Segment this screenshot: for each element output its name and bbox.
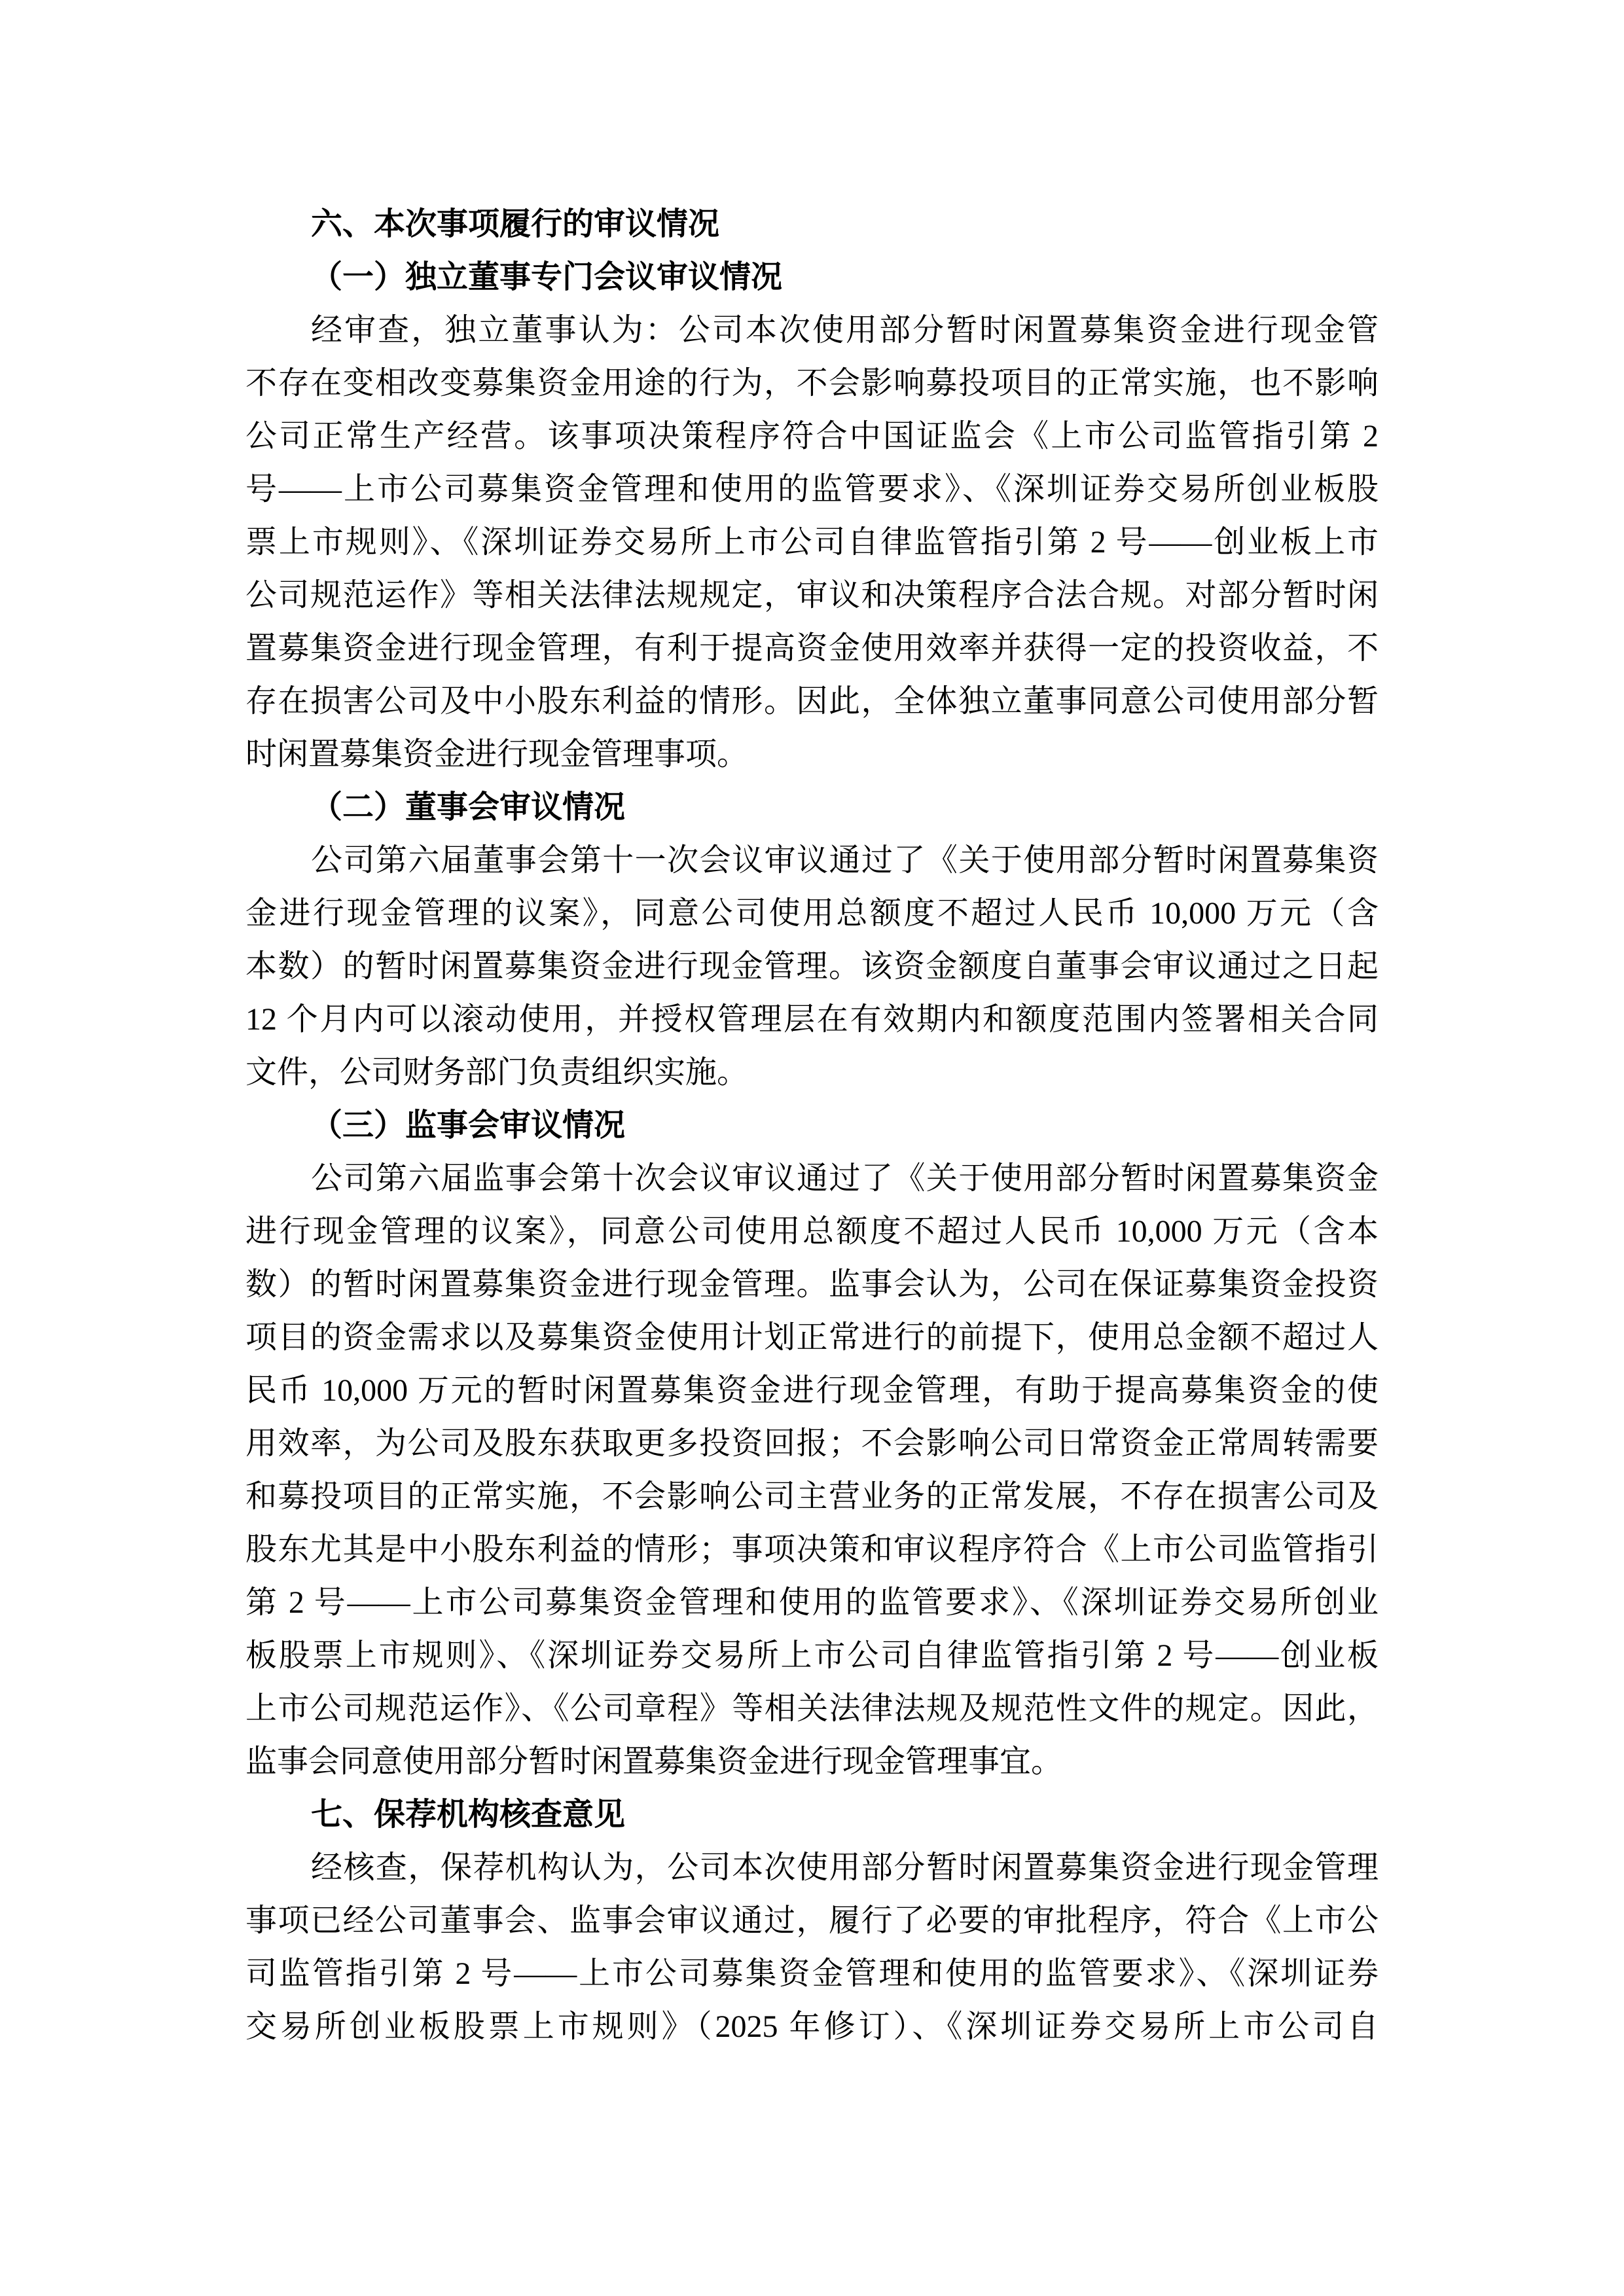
document-page: 六、本次事项履行的审议情况（一）独立董事专门会议审议情况经审查，独立董事认为：公…: [0, 0, 1624, 2296]
text-line: 文件，公司财务部门负责组织实施。: [245, 1046, 1379, 1099]
text-line: 和募投项目的正常实施，不会影响公司主营业务的正常发展，不存在损害公司及: [245, 1470, 1379, 1523]
text-line: 置募集资金进行现金管理，有利于提高资金使用效率并获得一定的投资收益，不: [245, 622, 1379, 675]
text-line: 民币 10,000 万元的暂时闲置募集资金进行现金管理，有助于提高募集资金的使: [245, 1364, 1379, 1417]
section-heading: （二）董事会审议情况: [245, 781, 1379, 834]
text-line: 进行现金管理的议案》，同意公司使用总额度不超过人民币 10,000 万元（含本: [245, 1205, 1379, 1258]
text-line: 监事会同意使用部分暂时闲置募集资金进行现金管理事宜。: [245, 1735, 1379, 1788]
text-line: 数）的暂时闲置募集资金进行现金管理。监事会认为，公司在保证募集资金投资: [245, 1258, 1379, 1311]
text-line: 票上市规则》、《深圳证券交易所上市公司自律监管指引第 2 号——创业板上市: [245, 516, 1379, 569]
text-line: 公司第六届董事会第十一次会议审议通过了《关于使用部分暂时闲置募集资: [245, 834, 1379, 887]
section-heading: （一）独立董事专门会议审议情况: [245, 251, 1379, 304]
text-line: 号——上市公司募集资金管理和使用的监管要求》、《深圳证券交易所创业板股: [245, 463, 1379, 516]
text-line: 事项已经公司董事会、监事会审议通过，履行了必要的审批程序，符合《上市公: [245, 1894, 1379, 1947]
text-line: 12 个月内可以滚动使用，并授权管理层在有效期内和额度范围内签署相关合同: [245, 993, 1379, 1046]
text-line: 上市公司规范运作》、《公司章程》等相关法律法规及规范性文件的规定。因此，: [245, 1682, 1379, 1735]
text-line: 公司正常生产经营。该事项决策程序符合中国证监会《上市公司监管指引第 2: [245, 410, 1379, 463]
text-line: 存在损害公司及中小股东利益的情形。因此，全体独立董事同意公司使用部分暂: [245, 675, 1379, 728]
text-line: 经审查，独立董事认为：公司本次使用部分暂时闲置募集资金进行现金管理，: [245, 304, 1379, 357]
text-line: 不存在变相改变募集资金用途的行为，不会影响募投项目的正常实施，也不影响: [245, 357, 1379, 410]
text-line: 经核查，保荐机构认为，公司本次使用部分暂时闲置募集资金进行现金管理: [245, 1841, 1379, 1894]
text-line: 股东尤其是中小股东利益的情形；事项决策和审议程序符合《上市公司监管指引: [245, 1523, 1379, 1576]
text-line: 板股票上市规则》、《深圳证券交易所上市公司自律监管指引第 2 号——创业板: [245, 1629, 1379, 1682]
text-line: 用效率，为公司及股东获取更多投资回报；不会影响公司日常资金正常周转需要: [245, 1417, 1379, 1470]
text-line: 项目的资金需求以及募集资金使用计划正常进行的前提下，使用总金额不超过人: [245, 1311, 1379, 1364]
text-line: 第 2 号——上市公司募集资金管理和使用的监管要求》、《深圳证券交易所创业: [245, 1576, 1379, 1629]
text-line: 交易所创业板股票上市规则》（2025 年修订）、《深圳证券交易所上市公司自: [245, 2000, 1379, 2053]
text-line: 公司第六届监事会第十次会议审议通过了《关于使用部分暂时闲置募集资金: [245, 1152, 1379, 1205]
text-line: 金进行现金管理的议案》，同意公司使用总额度不超过人民币 10,000 万元（含: [245, 887, 1379, 940]
section-heading: 六、本次事项履行的审议情况: [245, 198, 1379, 251]
text-line: 本数）的暂时闲置募集资金进行现金管理。该资金额度自董事会审议通过之日起: [245, 940, 1379, 993]
text-line: 时闲置募集资金进行现金管理事项。: [245, 728, 1379, 781]
section-heading: 七、保荐机构核查意见: [245, 1788, 1379, 1841]
text-line: 公司规范运作》等相关法律法规规定，审议和决策程序合法合规。对部分暂时闲: [245, 569, 1379, 622]
text-line: 司监管指引第 2 号——上市公司募集资金管理和使用的监管要求》、《深圳证券: [245, 1947, 1379, 2000]
section-heading: （三）监事会审议情况: [245, 1099, 1379, 1152]
